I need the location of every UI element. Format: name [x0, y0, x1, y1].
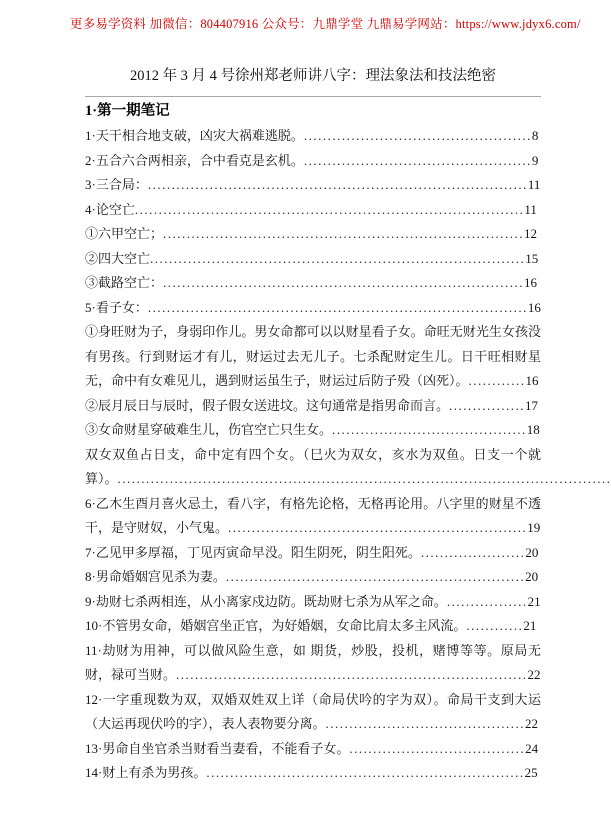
toc-entry-text: 4·论空亡 [85, 202, 135, 217]
toc-dot-leader: ..................................... [349, 741, 525, 756]
toc-dot-leader: ........................................… [304, 128, 532, 143]
toc-entry: 12·一字重现数为双，双婚双姓双上详（命局伏吟的字为双）。命局干支到大运（大运再… [85, 688, 541, 737]
toc-dot-leader: ........................................… [304, 153, 532, 168]
toc-entry-text: 13·男命自坐官杀当财看当妻看，不能看子女。 [85, 741, 349, 756]
toc-page-number: 18 [527, 422, 540, 437]
toc-entry-text: 9·劫财七杀两相连，从小离家戍边防。既劫财七杀为从军之命。 [85, 594, 447, 609]
toc-page-number: 8 [532, 128, 539, 143]
toc-list: 1·天干相合地支破，凶灾大祸难逃脱。......................… [85, 124, 541, 786]
toc-dot-leader: ........................................… [163, 275, 524, 290]
toc-entry: 双女双鱼占日支，命中定有四个女。（巳火为双女，亥水为双鱼。日支一个就算）。...… [85, 443, 541, 492]
toc-page-number: 21 [528, 594, 541, 609]
toc-entry: ②四大空亡...................................… [85, 247, 541, 272]
toc-page-number: 16 [528, 300, 541, 315]
toc-entry-text: ③截路空亡： [85, 275, 163, 290]
section-heading: 1·第一期笔记 [85, 102, 541, 121]
toc-entry: 5·看子女：..................................… [85, 296, 541, 321]
toc-entry: ③截路空亡：..................................… [85, 271, 541, 296]
toc-entry: 11·劫财为用神，可以做风险生意，如 期货，炒股，投机，赌博等等。原局无财，禄可… [85, 639, 541, 688]
toc-entry-text: ①六甲空亡； [85, 226, 163, 241]
toc-entry-text: ②四大空亡 [85, 251, 150, 266]
toc-dot-leader: ........................................… [118, 471, 611, 486]
toc-entry: 7·乙见甲多厚福，丁见丙寅命早没。阳生阴死，阴生阳死。.............… [85, 541, 541, 566]
toc-page-number: 22 [525, 716, 538, 731]
document-page: 更多易学资料 加微信：804407916 公众号：九鼎学堂 九鼎易学网站：htt… [0, 0, 611, 828]
toc-entry: 1·天干相合地支破，凶灾大祸难逃脱。......................… [85, 124, 541, 149]
toc-dot-leader: ........................................… [206, 765, 524, 780]
toc-entry: ①六甲空亡；..................................… [85, 222, 541, 247]
document-title: 2012 年 3 月 4 号徐州郑老师讲八字：理法象法和技法绝密 [85, 66, 541, 87]
toc-dot-leader: ........................................… [150, 251, 525, 266]
toc-dot-leader: ........................................… [135, 202, 525, 217]
toc-entry: 13·男命自坐官杀当财看当妻看，不能看子女。..................… [85, 737, 541, 762]
toc-entry-text: 14·财上有杀为男孩。 [85, 765, 206, 780]
toc-page-number: 12 [524, 226, 537, 241]
toc-entry-text: 5·看子女： [85, 300, 148, 315]
toc-page-number: 21 [523, 618, 536, 633]
toc-page-number: 20 [525, 545, 538, 560]
toc-page-number: 24 [525, 741, 538, 756]
toc-dot-leader: ........................................… [148, 300, 528, 315]
toc-page-number: 16 [524, 275, 537, 290]
watermark-text: 更多易学资料 加微信：804407916 公众号：九鼎学堂 九鼎易学网站：htt… [70, 16, 581, 32]
toc-entry-text: ③女命财星穿破难生儿，伤官空亡只生女。 [85, 422, 332, 437]
toc-page-number: 15 [525, 251, 538, 266]
toc-page-number: 11 [524, 202, 537, 217]
toc-dot-leader: ........................................… [176, 667, 528, 682]
toc-page-number: 19 [527, 520, 540, 535]
toc-dot-leader: ........................................… [228, 520, 527, 535]
document-body: 2012 年 3 月 4 号徐州郑老师讲八字：理法象法和技法绝密 1·第一期笔记… [85, 66, 541, 786]
toc-entry: 8·男命婚姻宫见杀为妻。............................… [85, 565, 541, 590]
toc-entry-text: 7·乙见甲多厚福，丁见丙寅命早没。阳生阴死，阴生阳死。 [85, 545, 421, 560]
toc-entry: 14·财上有杀为男孩。.............................… [85, 761, 541, 786]
toc-entry: 2·五合六合两相亲，合中看克是玄机。......................… [85, 149, 541, 174]
toc-page-number: 20 [525, 569, 538, 584]
toc-entry: 9·劫财七杀两相连，从小离家戍边防。既劫财七杀为从军之命。...........… [85, 590, 541, 615]
toc-entry-text: 3·三合局： [85, 177, 148, 192]
toc-entry-text: 2·五合六合两相亲，合中看克是玄机。 [85, 153, 304, 168]
toc-dot-leader: ........................................… [226, 569, 525, 584]
toc-entry: ③女命财星穿破难生儿，伤官空亡只生女。.....................… [85, 418, 541, 443]
toc-page-number: 9 [532, 153, 539, 168]
toc-page-number: 16 [526, 373, 539, 388]
toc-dot-leader: ................. [447, 594, 528, 609]
toc-entry: 4·论空亡...................................… [85, 198, 541, 223]
toc-page-number: 25 [525, 765, 538, 780]
toc-entry-text: 8·男命婚姻宫见杀为妻。 [85, 569, 226, 584]
toc-entry: ①身旺财为子，身弱印作儿。男女命都可以以财星看子女。命旺无财光生女孩没有男孩。行… [85, 320, 541, 394]
toc-dot-leader: ........................................… [332, 422, 527, 437]
toc-entry-text: ②辰月辰日与辰时，假子假女送进坟。这句通常是指男命而言。 [85, 398, 449, 413]
toc-dot-leader: ........................................… [148, 177, 528, 192]
toc-page-number: 17 [525, 398, 538, 413]
toc-dot-leader: ...................... [421, 545, 526, 560]
toc-entry: 6·乙木生酉月喜火忌土，看八字，有格先论格，无格再论用。八字里的财星不透干，是守… [85, 492, 541, 541]
toc-page-number: 22 [528, 667, 541, 682]
toc-entry-text: 1·天干相合地支破，凶灾大祸难逃脱。 [85, 128, 304, 143]
toc-page-number: 11 [528, 177, 541, 192]
toc-entry: 3·三合局：..................................… [85, 173, 541, 198]
toc-entry-text: 10·不管男女命，婚姻宫坐正官，为好婚姻，女命比肩太多主风流。 [85, 618, 466, 633]
title-divider-line [85, 96, 541, 97]
toc-dot-leader: ........................................… [163, 226, 524, 241]
toc-dot-leader: ............ [469, 373, 526, 388]
toc-entry: ②辰月辰日与辰时，假子假女送进坟。这句通常是指男命而言。............… [85, 394, 541, 419]
toc-dot-leader: ............ [466, 618, 523, 633]
toc-dot-leader: ........................................… [326, 716, 526, 731]
toc-entry: 10·不管男女命，婚姻宫坐正官，为好婚姻，女命比肩太多主风流。.........… [85, 614, 541, 639]
toc-dot-leader: ................ [449, 398, 525, 413]
